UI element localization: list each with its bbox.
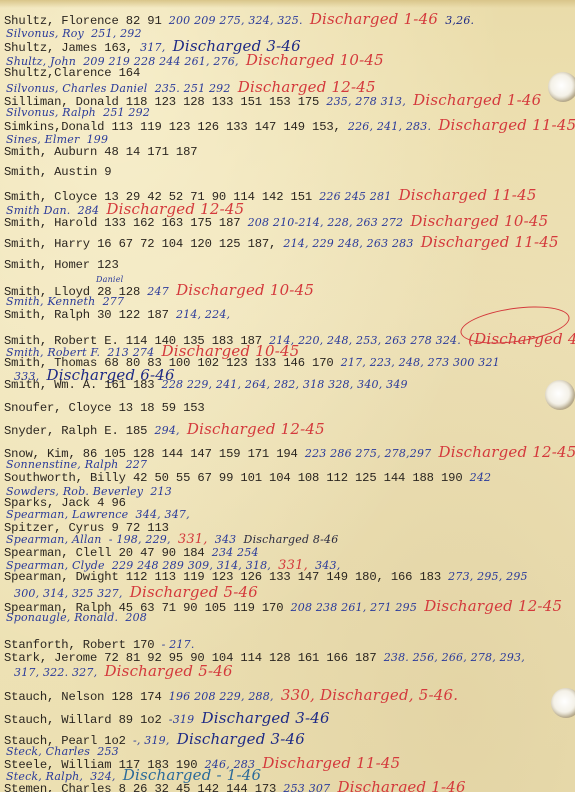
handwritten-entry: 317, 322. 327, Discharged 5-46	[14, 664, 233, 680]
ledger-entry: Shultz,Clarence 164	[4, 66, 140, 80]
punch-hole-middle	[545, 380, 575, 410]
handwritten-numbers: 226 245 281	[319, 190, 391, 203]
typed-name-numbers: Stanforth, Robert 170	[4, 638, 154, 652]
discharged-note: Discharged 10-45	[246, 51, 384, 69]
discharged-note: (Discharged 4-46)	[468, 330, 575, 348]
typed-name-numbers: Smith, Ralph 30 122 187	[4, 308, 169, 322]
typed-name-numbers: Southworth, Billy 42 50 55 67 99 101 104…	[4, 471, 462, 485]
typed-name-numbers: Shultz, Florence 82 91	[4, 14, 162, 28]
ledger-entry: Snyder, Ralph E. 185 294, Discharged 12-…	[4, 422, 325, 438]
ledger-entry: Smith, Austin 9	[4, 165, 111, 179]
handwritten-numbers: 213	[150, 485, 172, 498]
handwritten-numbers: 217, 223, 248, 273 300 321	[341, 356, 500, 369]
ledger-entry: Stauch, Nelson 128 174 196 208 229, 288,…	[4, 688, 458, 704]
handwritten-numbers: 196 208 229, 288,	[169, 690, 274, 703]
handwritten-numbers: 294,	[154, 424, 179, 437]
handwritten-numbers: 200 209 275, 324, 325.	[169, 14, 303, 27]
handwritten-numbers: 214, 224,	[176, 308, 230, 321]
handwritten-numbers: 317, 322. 327,	[14, 666, 97, 679]
discharged-note: Discharged 12-45	[187, 420, 325, 438]
typed-name-numbers: Snyder, Ralph E. 185	[4, 424, 147, 438]
discharged-note: Discharged 3-46	[177, 730, 305, 748]
typed-name-numbers: Smith, Homer 123	[4, 258, 119, 272]
handwritten-numbers: 208	[125, 611, 147, 624]
discharged-note: Discharged 10-45	[176, 281, 314, 299]
typed-name-numbers: Smith, Wm. A. 161 183	[4, 378, 154, 392]
punch-hole-top	[548, 72, 575, 102]
handwritten-numbers: 226, 241, 283.	[348, 120, 431, 133]
discharged-note: Discharged 12-45	[439, 443, 575, 461]
discharged-note: Discharged 8-46	[244, 533, 339, 546]
handwritten-numbers: 242	[470, 471, 492, 484]
discharged-note: Discharged 11-45	[421, 233, 559, 251]
ledger-entry: Smith, Homer 123	[4, 258, 119, 272]
discharged-note: Discharged 1-46	[337, 778, 465, 792]
ledger-entry: Smith, Wm. A. 161 183 228 229, 241, 264,…	[4, 378, 408, 392]
handwritten-name: Smith, Kenneth	[6, 295, 95, 308]
typed-name-numbers: Stauch, Willard 89 1o2	[4, 713, 162, 727]
typed-name-numbers: Smith, Harry 16 67 72 104 120 125 187,	[4, 237, 276, 251]
discharged-note: Discharged 10-45	[410, 212, 548, 230]
handwritten-numbers: 234 254	[212, 546, 259, 559]
handwritten-numbers: 253 307	[283, 782, 330, 792]
typed-name-numbers: Stauch, Nelson 128 174	[4, 690, 162, 704]
discharged-note: Discharged 12-45	[424, 597, 562, 615]
handwritten-name: Sines, Elmer	[6, 133, 79, 146]
ledger-entry: Stanforth, Robert 170 - 217.	[4, 638, 195, 652]
discharged-note: Discharged 11-45	[262, 754, 400, 772]
handwritten-numbers: - 198, 229,	[109, 533, 171, 546]
handwritten-numbers: 208 210-214, 228, 263 272	[248, 216, 404, 229]
handwritten-name: Sonnenstine, Ralph	[6, 458, 118, 471]
handwritten-numbers: 344, 347,	[136, 508, 190, 521]
discharged-note: Discharged 11-45	[399, 186, 537, 204]
handwritten-name: Spearman, Lawrence	[6, 508, 128, 521]
handwritten-entry: Sponaugle, Ronald. 208	[6, 611, 147, 625]
handwritten-numbers: 247	[147, 285, 169, 298]
handwritten-numbers: -, 319,	[133, 734, 170, 747]
typed-name-numbers: Smith, Auburn 48 14 171 187	[4, 145, 197, 159]
handwritten-numbers: 238. 256, 266, 278, 293,	[384, 651, 525, 664]
handwritten-numbers: 228 229, 241, 264, 282, 318 328, 340, 34…	[162, 378, 408, 391]
typed-name-numbers: Smith, Austin 9	[4, 165, 111, 179]
typed-name-numbers: Smith, Harold 133 162 163 175 187	[4, 216, 240, 230]
discharged-note: 330, Discharged, 5-46.	[281, 686, 458, 704]
handwritten-numbers: 214, 229 248, 263 283	[283, 237, 413, 250]
handwritten-numbers: 273, 295, 295	[448, 570, 528, 583]
punch-hole-bottom	[551, 688, 575, 718]
typed-name-numbers: Snoufer, Cloyce 13 18 59 153	[4, 401, 205, 415]
handwritten-numbers: 343	[215, 533, 237, 546]
ledger-entry: Shultz, Florence 82 91 200 209 275, 324,…	[4, 12, 474, 28]
discharged-note: Discharged 3-46	[201, 709, 329, 727]
ledger-entry: Snoufer, Cloyce 13 18 59 153	[4, 401, 205, 415]
ledger-entry: Smith, Auburn 48 14 171 187	[4, 145, 197, 159]
paper-edge	[0, 0, 575, 8]
handwritten-name: Spearman, Allan	[6, 533, 102, 546]
discharged-note: Discharged 5-46	[104, 662, 232, 680]
handwritten-numbers: 223 286 275, 278,297	[305, 447, 431, 460]
typed-name-numbers: Stemen, Charles 8 26 32 45 142 144 173	[4, 782, 276, 792]
handwritten-numbers: 235, 278 313,	[326, 95, 406, 108]
handwritten-numbers: 227	[126, 458, 148, 471]
handwritten-insertion: Daniel	[96, 273, 123, 287]
handwritten-numbers: 277	[103, 295, 125, 308]
handwritten-numbers: 208 238 261, 271 295	[291, 601, 417, 614]
ledger-entry: Smith, Ralph 30 122 187 214, 224,	[4, 308, 230, 322]
ledger-entry: Stauch, Willard 89 1o2 -319 Discharged 3…	[4, 711, 330, 727]
handwritten-numbers: 3,26.	[445, 14, 474, 27]
handwritten-numbers: 199	[87, 133, 109, 146]
ledger-entry: Stemen, Charles 8 26 32 45 142 144 173 2…	[4, 780, 466, 792]
ledger-entry: Southworth, Billy 42 50 55 67 99 101 104…	[4, 471, 491, 485]
handwritten-numbers: -319	[169, 713, 195, 726]
ledger-entry: Smith, Harold 133 162 163 175 187 208 21…	[4, 214, 548, 230]
ledger-entry: Smith, Harry 16 67 72 104 120 125 187, 2…	[4, 235, 559, 251]
handwritten-name: Sponaugle, Ronald.	[6, 611, 118, 624]
typed-name-numbers: Shultz,Clarence 164	[4, 66, 140, 80]
discharged-note: Discharged 1-46	[310, 10, 438, 28]
handwritten-numbers: - 217.	[162, 638, 195, 651]
ledger-entry: Simkins,Donald 113 119 123 126 133 147 1…	[4, 118, 575, 134]
ledger-entry: Spearman, Dwight 112 113 119 123 126 133…	[4, 570, 528, 584]
discharged-note: Discharged 1-46	[413, 91, 541, 109]
discharged-note: Discharged 11-45	[438, 116, 575, 134]
